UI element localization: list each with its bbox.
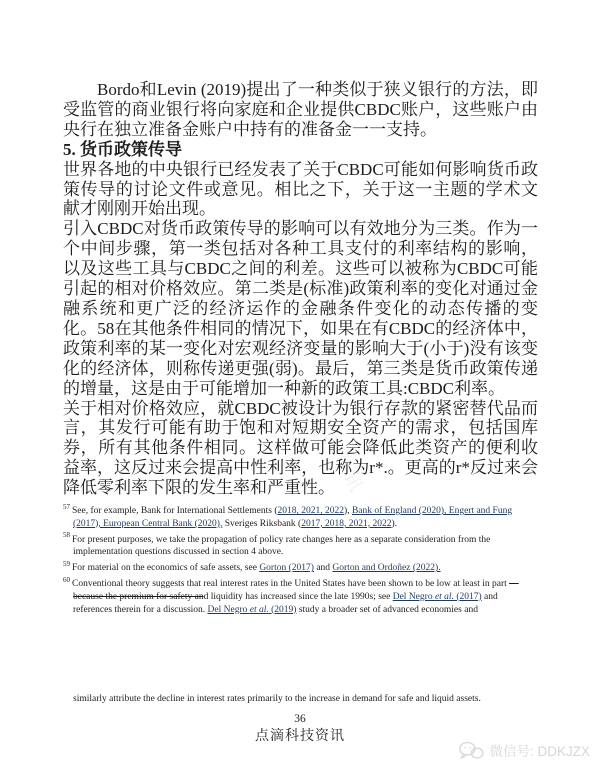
footnote-text: See, for example, Bank for International…: [72, 506, 278, 516]
link-text-italic: et al.: [250, 605, 269, 615]
document-page: 点滴科技资讯 Bordo和Levin (2019)提出了一种类似于狭义银行的方法…: [0, 0, 600, 777]
link-text: Del Negro: [208, 605, 250, 615]
link-text: (2019): [269, 605, 297, 615]
footnote-number: 59: [63, 560, 70, 568]
reference-link[interactable]: Gorton and Ordoñez (2022).: [332, 563, 440, 573]
footnote-text: Sveriges Riksbank (: [222, 519, 301, 529]
footnote-number: 58: [63, 531, 70, 539]
reference-link[interactable]: Del Negro et al. (2019): [208, 605, 297, 615]
body-paragraph-4: 关于相对价格效应，就CBDC被设计为银行存款的紧密替代品而言，其发行可能有助于饱…: [63, 399, 538, 499]
link-text: Del Negro: [393, 592, 435, 602]
link-text: (2017): [454, 592, 482, 602]
wechat-icon: [458, 741, 484, 760]
footnote-59: 59For material on the economics of safe …: [63, 562, 538, 575]
footnote-58: 58For present purposes, we take the prop…: [63, 534, 538, 560]
footnote-number: 60: [63, 576, 70, 584]
footnote-continuation: similarly attribute the decline in inter…: [73, 693, 538, 706]
footnote-text: Conventional theory suggests that real i…: [72, 579, 509, 589]
footnote-text: ).: [391, 519, 397, 529]
body-paragraph-2: 世界各地的中央银行已经发表了关于CBDC可能如何影响货币政策传导的讨论文件或意见…: [63, 160, 538, 220]
reference-link[interactable]: 2017, 2018, 2021, 2022: [301, 519, 391, 529]
footnote-text: For present purposes, we take the propag…: [72, 535, 490, 558]
reference-link[interactable]: Gorton (2017): [259, 563, 314, 573]
footnote-text: and: [314, 563, 332, 573]
wechat-watermark: 微信号: DDKJZX: [458, 740, 590, 760]
body-paragraph-3: 引入CBDC对货币政策传导的影响可以有效地分为三类。作为一个中间步骤，第一类包括…: [63, 219, 538, 398]
reference-link[interactable]: 2018, 2021, 2022: [278, 506, 345, 516]
link-text-italic: et al.: [435, 592, 454, 602]
reference-link[interactable]: Del Negro et al. (2017): [393, 592, 482, 602]
footnote-text: For material on the economics of safe as…: [72, 563, 259, 573]
footnote-text: ),: [344, 506, 352, 516]
page-number: 36: [0, 713, 600, 725]
footnote-number: 57: [63, 503, 70, 511]
page-content: Bordo和Levin (2019)提出了一种类似于狭义银行的方法，即受监管的商…: [63, 80, 538, 619]
footnote-57: 57See, for example, Bank for Internation…: [63, 505, 538, 531]
footnotes-section: 57See, for example, Bank for Internation…: [63, 505, 538, 616]
section-heading: 5. 货币政策传导: [63, 140, 538, 160]
footnote-text: study a broader set of advanced economie…: [296, 605, 478, 615]
body-paragraph-1: Bordo和Levin (2019)提出了一种类似于狭义银行的方法，即受监管的商…: [63, 80, 538, 140]
footnote-text: d liquidity has increased since the late…: [204, 592, 393, 602]
wechat-id-label: 微信号: DDKJZX: [489, 740, 590, 760]
footnote-60: 60Conventional theory suggests that real…: [63, 578, 538, 616]
